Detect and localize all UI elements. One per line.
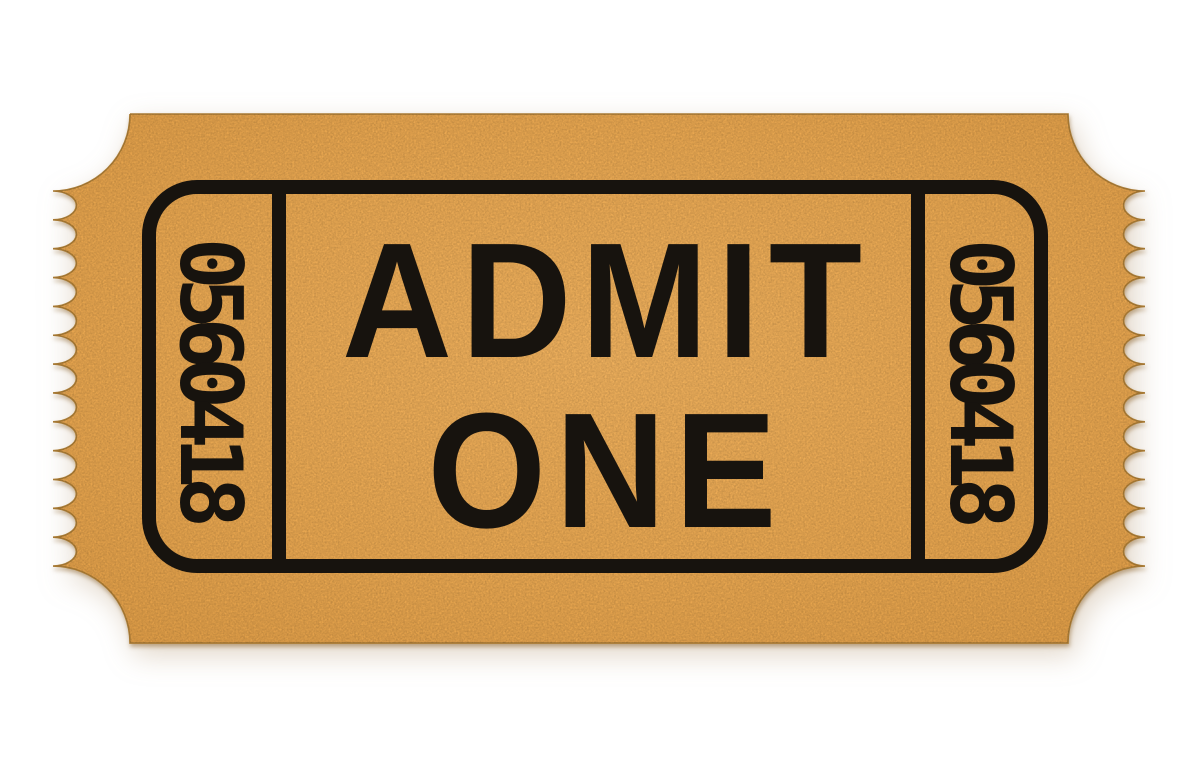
ticket-title-line-one: ONE xyxy=(308,386,896,556)
serial-number-left: 0560418 xyxy=(167,238,253,516)
ticket-title: ADMIT ONE xyxy=(286,216,918,556)
admit-one-ticket-image: 0560418 ADMIT ONE 0560418 xyxy=(0,0,1200,760)
ticket-title-line-admit: ADMIT xyxy=(308,216,896,386)
serial-number-right: 0560418 xyxy=(937,239,1023,517)
